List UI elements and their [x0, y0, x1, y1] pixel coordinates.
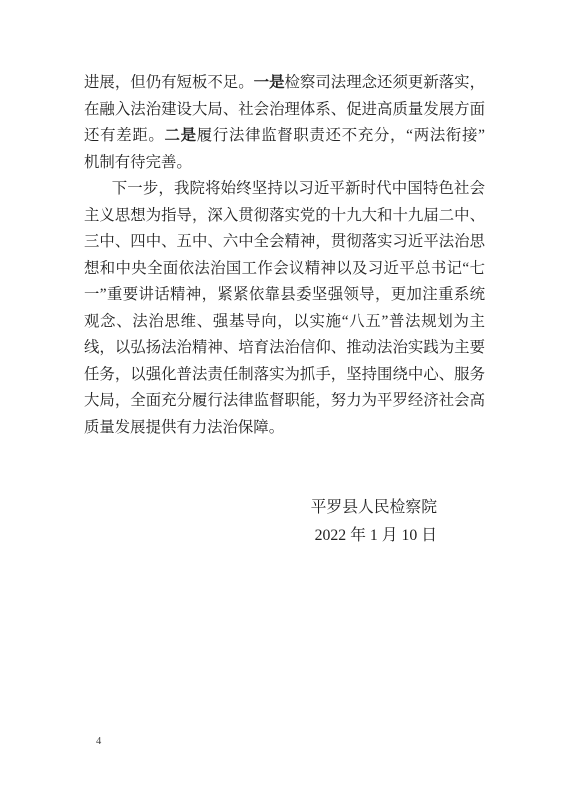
text-run: 一”重要讲话精神，紧紧依靠县委坚强领导，更加注重系统 [84, 286, 485, 303]
text-run: 线，以弘扬法治精神、培育法治信仰、推动法治实践为主要 [84, 339, 485, 356]
text-run: 下一步，我院将始终坚持以习近平新时代中国特色社会 [112, 180, 485, 197]
text-run: 想和中央全面依法治国工作会议精神以及习近平总书记“七 [84, 260, 485, 277]
document-page: { "page": { "background_color": "#ffffff… [0, 0, 565, 800]
text-line: 任务，以强化普法责任制落实为抓手，坚持围绕中心、服务 [84, 362, 485, 389]
text-line: 想和中央全面依法治国工作会议精神以及习近平总书记“七 [84, 256, 485, 283]
text-run: 质量发展提供有力法治保障。 [84, 419, 284, 436]
text-line: 观念、法治思维、强基导向，以实施“八五”普法规划为主 [84, 309, 485, 336]
text-run: 机制有待完善。 [84, 154, 192, 171]
text-line: 下一步，我院将始终坚持以习近平新时代中国特色社会 [84, 176, 485, 203]
text-line: 在融入法治建设大局、社会治理体系、促进高质量发展方面 [84, 97, 485, 124]
text-run: 大局，全面充分履行法律监督职能，努力为平罗经济社会高 [84, 392, 485, 409]
text-line: 质量发展提供有力法治保障。 [84, 415, 485, 442]
text-run: 进展，但仍有短板不足。 [84, 74, 254, 91]
date: 2022 年 1 月 10 日 [311, 522, 437, 550]
text-line: 进展，但仍有短板不足。一是检察司法理念还须更新落实， [84, 70, 485, 97]
text-line: 一”重要讲话精神，紧紧依靠县委坚强领导，更加注重系统 [84, 282, 485, 309]
text-run: 在融入法治建设大局、社会治理体系、促进高质量发展方面 [84, 101, 485, 118]
closing-block: 平罗县人民检察院 2022 年 1 月 10 日 [311, 494, 437, 550]
text-run: 还有差距。 [84, 127, 165, 144]
text-line: 三中、四中、五中、六中全会精神，贯彻落实习近平法治思 [84, 229, 485, 256]
text-run: 检察司法理念还须更新落实， [285, 74, 485, 91]
page-number: 4 [96, 736, 101, 747]
page: 进展，但仍有短板不足。一是检察司法理念还须更新落实，在融入法治建设大局、社会治理… [0, 0, 565, 800]
signature: 平罗县人民检察院 [311, 494, 437, 522]
text-line: 机制有待完善。 [84, 150, 485, 177]
text-run: 观念、法治思维、强基导向，以实施“八五”普法规划为主 [84, 313, 485, 330]
bold-emphasis: 二是 [165, 127, 197, 144]
text-line: 线，以弘扬法治精神、培育法治信仰、推动法治实践为主要 [84, 335, 485, 362]
bold-emphasis: 一是 [254, 74, 285, 91]
text-line: 主义思想为指导，深入贯彻落实党的十九大和十九届二中、 [84, 203, 485, 230]
text-run: 任务，以强化普法责任制落实为抓手，坚持围绕中心、服务 [84, 366, 485, 383]
text-run: 三中、四中、五中、六中全会精神，贯彻落实习近平法治思 [84, 233, 485, 250]
text-run: 主义思想为指导，深入贯彻落实党的十九大和十九届二中、 [84, 207, 485, 224]
text-line: 还有差距。二是履行法律监督职责还不充分，“两法衔接” [84, 123, 485, 150]
text-run: 履行法律监督职责还不充分，“两法衔接” [197, 127, 485, 144]
text-line: 大局，全面充分履行法律监督职能，努力为平罗经济社会高 [84, 388, 485, 415]
document-body: 进展，但仍有短板不足。一是检察司法理念还须更新落实，在融入法治建设大局、社会治理… [84, 70, 485, 441]
